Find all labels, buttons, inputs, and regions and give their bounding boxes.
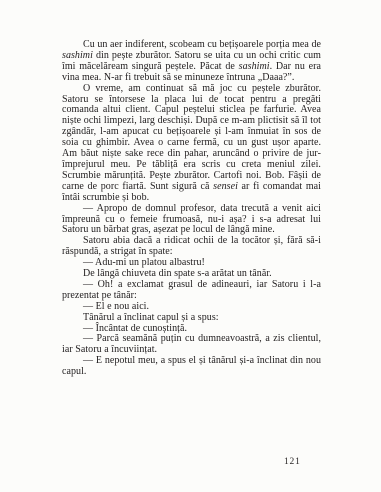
text-segment: De lângă chiuveta din spate s-a arătat u… (83, 268, 272, 279)
text-segment: Tânărul a înclinat capul și a spus: (83, 312, 219, 323)
text-segment: — Adu-mi un platou albastru! (83, 257, 205, 268)
page-number: 121 (284, 457, 301, 467)
book-page: Cu un aer indiferent, scobeam cu bețișoa… (0, 0, 381, 492)
text-segment: Cu un aer indiferent, scobeam cu bețișoa… (83, 39, 321, 50)
text-segment: — E nepotul meu, a spus el și tânărul și… (62, 355, 321, 377)
paragraph: O vreme, am continuat să mă joc cu pește… (62, 84, 321, 204)
text-segment: — El e nou aici. (83, 301, 149, 312)
text-block: Cu un aer indiferent, scobeam cu bețișoa… (62, 40, 321, 378)
italic-term: sashimi (239, 61, 270, 72)
italic-term: sashimi (62, 50, 93, 61)
italic-term: sensei (213, 181, 238, 192)
paragraph: — Oh! a exclamat grasul de adineauri, ia… (62, 280, 321, 302)
text-segment: O vreme, am continuat să mă joc cu pește… (62, 83, 321, 192)
text-segment: — Încântat de cunoștință. (83, 323, 187, 334)
paragraph: — E nepotul meu, a spus el și tânărul și… (62, 356, 321, 378)
text-segment: — Oh! a exclamat grasul de adineauri, ia… (62, 279, 321, 301)
text-segment: Satoru abia dacă a ridicat ochii de la t… (62, 235, 321, 257)
text-segment: — Apropo de domnul profesor, data trecut… (62, 203, 321, 236)
paragraph: Satoru abia dacă a ridicat ochii de la t… (62, 236, 321, 258)
paragraph: — Parcă seamănă puțin cu dumneavoastră, … (62, 334, 321, 356)
paragraph: — Apropo de domnul profesor, data trecut… (62, 204, 321, 237)
text-segment: — Parcă seamănă puțin cu dumneavoastră, … (62, 333, 321, 355)
paragraph: Cu un aer indiferent, scobeam cu bețișoa… (62, 40, 321, 84)
